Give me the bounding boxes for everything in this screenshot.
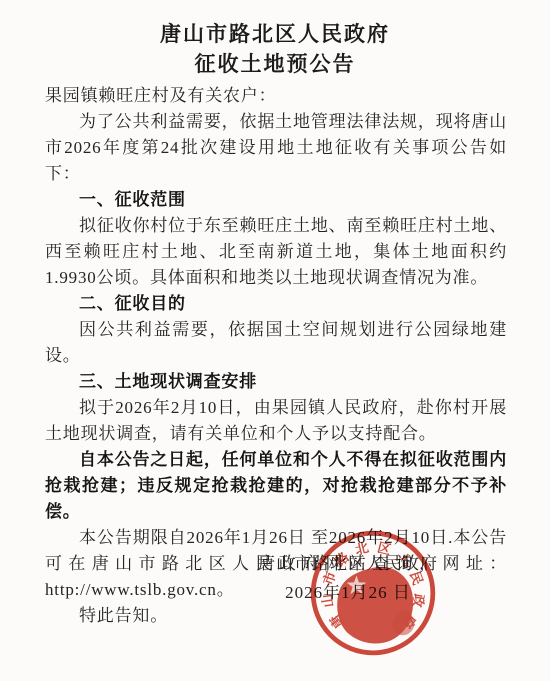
body-paragraph: 为了公共利益需要，依据土地管理法律法规，现将唐山市2026年度第24批次建设用地…	[45, 109, 507, 187]
title-line-2: 征收土地预公告	[0, 50, 550, 80]
body-paragraph: 拟于2026年2月10日，由果园镇人民政府，赴你村开展土地现状调查，请有关单位和…	[45, 395, 507, 447]
section-heading: 一、征收范围	[45, 187, 507, 213]
signature-org: 唐山市路北区人民政府	[258, 549, 438, 578]
signature-block: 唐山市路北区人民政府 2026年1月26 日	[258, 549, 438, 607]
document-title: 唐山市路北区人民政府 征收土地预公告	[0, 0, 550, 80]
section-heading: 三、土地现状调查安排	[45, 369, 507, 395]
body-paragraph: 因公共利益需要，依据国土空间规划进行公园绿地建设。	[45, 317, 507, 369]
body-paragraph: 拟征收你村位于东至赖旺庄土地、南至赖旺庄村土地、西至赖旺庄村土地、北至南新道土地…	[45, 213, 507, 291]
salutation: 果园镇赖旺庄村及有关农户：	[45, 83, 507, 109]
document-body: 果园镇赖旺庄村及有关农户： 为了公共利益需要，依据土地管理法律法规，现将唐山市2…	[45, 83, 507, 629]
section-heading: 二、征收目的	[45, 291, 507, 317]
document-page: 唐山市路北区人民政府 征收土地预公告 果园镇赖旺庄村及有关农户： 为了公共利益需…	[0, 0, 550, 681]
signature-date: 2026年1月26 日	[258, 578, 438, 607]
body-paragraph: 自本公告之日起，任何单位和个人不得在拟征收范围内抢栽抢建；违反规定抢栽抢建的，对…	[45, 447, 507, 525]
title-line-1: 唐山市路北区人民政府	[0, 20, 550, 50]
